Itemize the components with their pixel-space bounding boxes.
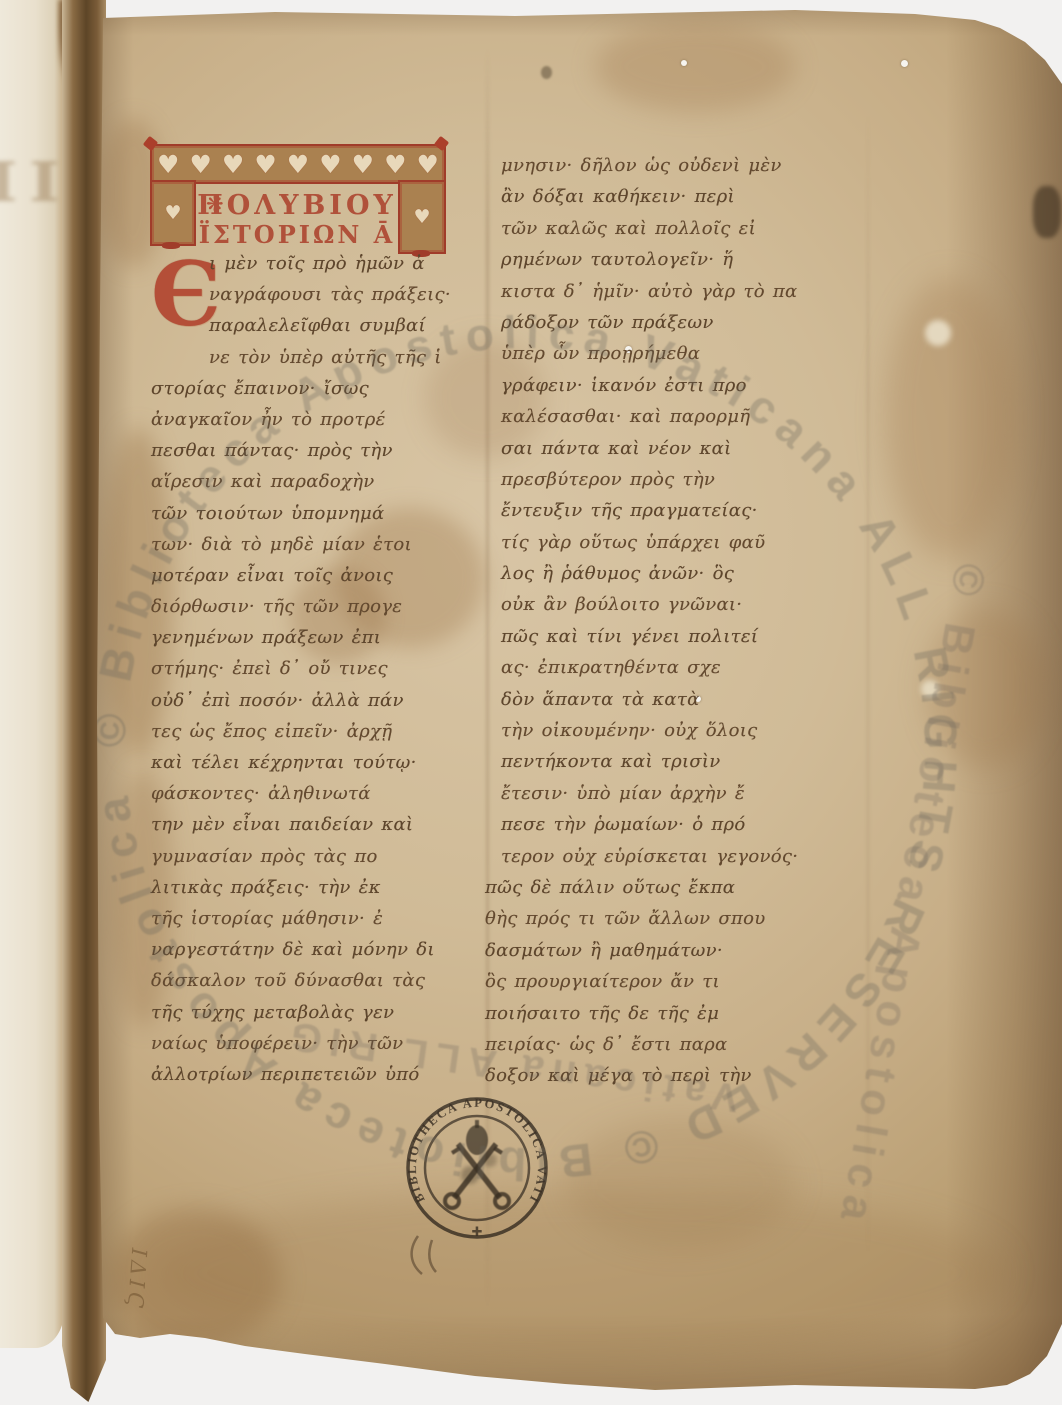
- manuscript-photo: { "headpiece": { "rosette": "❋", "title_…: [0, 0, 1062, 1405]
- facing-page: II: [0, 0, 64, 1348]
- manuscript-line: γυμνασίαν πρὸς τὰς πο: [151, 841, 487, 872]
- manuscript-line: ράδοξον τῶν πράξεων: [501, 307, 881, 338]
- library-stamp: BIBLIOTHECA APOSTOLICA VATICANA ✚: [402, 1090, 552, 1280]
- manuscript-line: πρεσβύτερον πρὸς τὴν: [501, 464, 881, 495]
- manuscript-line: τερον οὐχ εὑρίσκεται γεγονός·: [501, 841, 881, 872]
- manuscript-line: ὃς προυργιαίτερον ἄν τι: [485, 966, 881, 997]
- headpiece-left-wing: ♥: [150, 180, 196, 246]
- worm-hole: [681, 60, 687, 66]
- palmette-icon: ♥: [287, 152, 309, 177]
- palmette-icon: ♥: [157, 152, 179, 177]
- palmette-icon: ♥: [189, 152, 211, 177]
- manuscript-line: πειρίας· ὡς δ᾽ ἔστι παρα: [485, 1029, 881, 1060]
- manuscript-line: στορίας ἔπαινον· ἴσως: [151, 373, 487, 404]
- headpiece-bar: ♥ ♥ ♥ ♥ ♥ ♥ ♥ ♥ ♥: [150, 144, 446, 184]
- manuscript-line: τῶν τοιούτων ὑπομνημά: [151, 498, 487, 529]
- manuscript-line: νε τὸν ὑπὲρ αὐτῆς τῆς ἱ: [151, 342, 487, 373]
- pale-spot: [925, 320, 951, 346]
- ink-speck: [541, 66, 552, 79]
- stain: [155, 1188, 1005, 1358]
- stamp-bottom-mark: ✚: [472, 1225, 483, 1240]
- manuscript-line: καλέσασθαι· καὶ παρορμῆ: [501, 401, 881, 432]
- headpiece-ornament: ♥ ♥ ♥ ♥ ♥ ♥ ♥ ♥ ♥ ♥ ♥ ❋ ΠΟΛΥΒΙΟΥ ΪΣΤΟΡΙΩ…: [150, 140, 446, 258]
- ghost-letters: II: [0, 150, 72, 214]
- stain: [885, 278, 1015, 558]
- manuscript-line: καὶ τέλει κέχρηνται τούτῳ·: [151, 747, 487, 778]
- manuscript-line: οὐκ ἂν βούλοιτο γνῶναι·: [501, 589, 881, 620]
- manuscript-line: πῶς δὲ πάλιν οὕτως ἔκπα: [485, 872, 881, 903]
- tiara-icon: [466, 1120, 488, 1155]
- palmette-icon: ♥: [384, 152, 406, 177]
- manuscript-line: λιτικὰς πράξεις· τὴν ἐκ: [151, 872, 487, 903]
- worm-hole: [901, 60, 908, 67]
- manuscript-line: ὑπὲρ ὧν προῃρήμεθα: [501, 338, 881, 369]
- manuscript-line: τῶν καλῶς καὶ πολλοῖς εἰ: [501, 213, 881, 244]
- manuscript-line: πεντήκοντα καὶ τρισὶν: [501, 746, 881, 777]
- title-work: ΪΣΤΟΡΙΩΝ Ᾱ: [194, 220, 400, 249]
- manuscript-line: σαι πάντα καὶ νέον καὶ: [501, 433, 881, 464]
- manuscript-line: κιστα δ᾽ ἡμῖν· αὐτὸ γὰρ τὸ πα: [501, 276, 881, 307]
- stain: [595, 22, 795, 112]
- manuscript-line: πεσθαι πάντας· πρὸς τὴν: [151, 435, 487, 466]
- manuscript-line: θὴς πρός τι τῶν ἄλλων σπου: [485, 903, 881, 934]
- manuscript-line: μνησιν· δῆλον ὡς οὐδενὶ μὲν: [501, 150, 881, 181]
- palmette-icon: ♥: [413, 208, 430, 227]
- manuscript-line: ναίως ὑποφέρειν· τὴν τῶν: [151, 1028, 487, 1059]
- manuscript-line: μοτέραν εἶναι τοῖς ἀνοις: [151, 560, 487, 591]
- manuscript-line: των· διὰ τὸ μηδὲ μίαν ἑτοι: [151, 529, 487, 560]
- palmette-icon: ♥: [222, 152, 244, 177]
- manuscript-line: τῆς ἱστορίας μάθησιν· ἐ: [151, 903, 487, 934]
- manuscript-line: ας· ἐπικρατηθέντα σχε: [501, 652, 881, 683]
- palmette-icon: ♥: [417, 152, 439, 177]
- manuscript-line: τὴν οἰκουμένην· οὐχ ὅλοις: [501, 715, 881, 746]
- palmette-icon: ♥: [254, 152, 276, 177]
- stain: [925, 608, 1045, 768]
- drop-cap-initial: Є: [151, 248, 209, 343]
- manuscript-line: διόρθωσιν· τῆς τῶν προγε: [151, 591, 487, 622]
- manuscript-line: δασμάτων ἢ μαθημάτων·: [485, 935, 881, 966]
- manuscript-line: ἀναγκαῖον ἦν τὸ προτρέ: [151, 404, 487, 435]
- manuscript-line: στήμης· ἐπεὶ δ᾽ οὔ τινες: [151, 653, 487, 684]
- manuscript-line: γράφειν· ἱκανόν ἐστι προ: [501, 370, 881, 401]
- edge-blotch: [1033, 186, 1061, 238]
- manuscript-line: οὐδ᾽ ἐπὶ ποσόν· ἀλλὰ πάν: [151, 685, 487, 716]
- manuscript-line: ποιήσαιτο τῆς δε τῆς ἐμ: [485, 998, 881, 1029]
- palmette-icon: ♥: [319, 152, 341, 177]
- palmette-icon: ♥: [352, 152, 374, 177]
- manuscript-line: ἔτεσιν· ὑπὸ μίαν ἀρχὴν ἔ: [501, 778, 881, 809]
- manuscript-line: δάσκαλον τοῦ δύνασθαι τὰς: [151, 965, 487, 996]
- text-column-2: μνησιν· δῆλον ὡς οὐδενὶ μὲνἂν δόξαι καθή…: [501, 150, 881, 1092]
- manuscript-line: ἂν δόξαι καθήκειν· περὶ: [501, 181, 881, 212]
- pen-flourish: [412, 1236, 436, 1274]
- ink-smudge: [483, 1153, 497, 1167]
- text-column-1: Є ι μὲν τοῖς πρὸ ἡμῶν ἀναγράφουσι τὰς πρ…: [151, 248, 487, 1090]
- manuscript-line: ἔντευξιν τῆς πραγματείας·: [501, 495, 881, 526]
- manuscript-line: τῆς τύχης μεταβολὰς γεν: [151, 997, 487, 1028]
- ink-smudge: [461, 1166, 479, 1184]
- manuscript-line: ἀλλοτρίων περιπετειῶν ὑπό: [151, 1059, 487, 1090]
- manuscript-line: ναργεστάτην δὲ καὶ μόνην δι: [151, 934, 487, 965]
- manuscript-line: δὸν ἅπαντα τὰ κατὰ: [501, 684, 881, 715]
- manuscript-line: ρημένων ταυτολογεῖν· ἥ: [501, 244, 881, 275]
- manuscript-line: λος ἢ ῥάθυμος ἀνῶν· ὃς: [501, 558, 881, 589]
- manuscript-line: πεσε τὴν ῥωμαίων· ὁ πρό: [501, 809, 881, 840]
- title-author: ΠΟΛΥΒΙΟΥ: [194, 190, 400, 221]
- parchment-page: ♥ ♥ ♥ ♥ ♥ ♥ ♥ ♥ ♥ ♥ ♥ ❋ ΠΟΛΥΒΙΟΥ ΪΣΤΟΡΙΩ…: [95, 8, 1062, 1398]
- palmette-icon: ♥: [164, 204, 181, 223]
- stain: [565, 1118, 795, 1248]
- manuscript-line: τες ὡς ἔπος εἰπεῖν· ἀρχῇ: [151, 716, 487, 747]
- manuscript-line: γενημένων πράξεων ἐπι: [151, 622, 487, 653]
- manuscript-line: αἵρεσιν καὶ παραδοχὴν: [151, 466, 487, 497]
- manuscript-line: φάσκοντες· ἀληθινωτά: [151, 778, 487, 809]
- headpiece-right-wing: ♥: [398, 180, 446, 254]
- manuscript-line: δοξον καὶ μέγα τὸ περὶ τὴν: [485, 1060, 881, 1091]
- shelfmark: ΙΔΙϚ: [123, 1247, 151, 1312]
- manuscript-line: την μὲν εἶναι παιδείαν καὶ: [151, 809, 487, 840]
- manuscript-line: πῶς καὶ τίνι γένει πολιτεί: [501, 621, 881, 652]
- manuscript-line: τίς γὰρ οὕτως ὑπάρχει φαῦ: [501, 527, 881, 558]
- pale-spot: [921, 680, 939, 698]
